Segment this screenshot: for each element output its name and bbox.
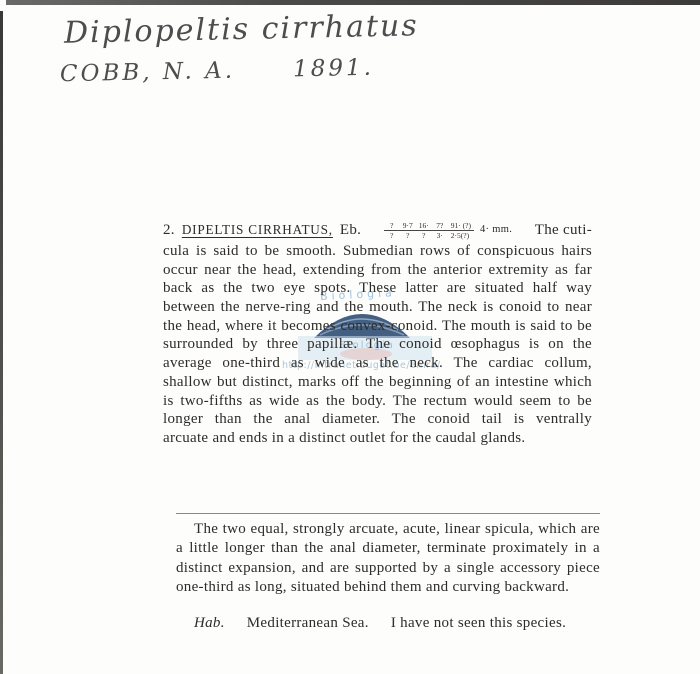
formula-cell: 3· <box>432 231 448 240</box>
formula-cell: ? <box>384 231 400 240</box>
formula-cell: 7? <box>432 221 448 231</box>
printed-description-block: 2. DIPELTIS CIRRHATUS, Eb. ? 9·7 16· 7? … <box>163 220 592 448</box>
cobb-measurement-formula: ? 9·7 16· 7? 91· (?) ? ? ? 3· 2·5(?) <box>384 221 474 240</box>
paragraph-line: shallow but distinct, marks off the begi… <box>163 373 592 392</box>
paragraph-line: between the nerve-ring and the mouth. Th… <box>163 298 592 317</box>
scan-edge-left <box>0 11 3 674</box>
formula-cell: ? <box>416 231 432 240</box>
paragraph-line: cula is said to be smooth. Submedian row… <box>163 242 592 261</box>
paragraph-line: longer than the anal diameter. The conoi… <box>163 410 592 429</box>
paragraph-line: back as the two eye spots. These latter … <box>163 279 592 298</box>
paragraph-line: The two equal, strongly arcuate, acute, … <box>176 520 600 539</box>
formula-cell: 16· <box>416 221 432 231</box>
paragraph-line: is two-fifths as wide as the body. The r… <box>163 392 592 411</box>
author-abbreviation: Eb. <box>340 221 361 240</box>
habitat-note: I have not seen this species. <box>391 614 566 633</box>
paragraph-line: occur near the head, extending from the … <box>163 261 592 280</box>
formula-cell: ? <box>400 231 416 240</box>
formula-cell: 9·7 <box>400 221 416 231</box>
formula-bottom-row: ? ? ? 3· 2·5(?) <box>384 231 474 240</box>
paragraph-line: surrounded by three papillæ. The conoid … <box>163 335 592 354</box>
species-heading-line: 2. DIPELTIS CIRRHATUS, Eb. ? 9·7 16· 7? … <box>163 220 592 240</box>
measurement-group: ? 9·7 16· 7? 91· (?) ? ? ? 3· 2·5(?) 4· … <box>384 221 512 240</box>
body-length-label: 4· mm. <box>480 221 512 240</box>
handwritten-year: 1891. <box>293 55 374 83</box>
paragraph-line: the head, where it becomes convex-conoid… <box>163 317 592 336</box>
paragraph-line: one-third as long, situated behind them … <box>176 578 600 597</box>
habitat-line: Hab. Mediterranean Sea. I have not seen … <box>176 614 600 633</box>
formula-cell: 2·5(?) <box>448 231 472 240</box>
paragraph-line: arcuate and ends in a distinct outlet fo… <box>163 429 592 448</box>
formula-cell: 91· (?) <box>448 221 474 231</box>
section-divider-rule <box>176 513 600 514</box>
paragraph-first-words: The cuti- <box>535 221 592 240</box>
heading-left: 2. DIPELTIS CIRRHATUS, Eb. <box>163 221 361 240</box>
formula-top-row: ? 9·7 16· 7? 91· (?) <box>384 221 474 231</box>
paragraph-line: a little longer than the anal diameter, … <box>176 539 600 558</box>
handwritten-author: COBB, N. A. <box>60 58 236 88</box>
scanned-document-page: Diplopeltis cirrhatus COBB, N. A. 1891. … <box>0 0 700 674</box>
formula-cell: ? <box>384 221 400 231</box>
scan-edge-top <box>6 0 700 5</box>
handwritten-species-title: Diplopeltis cirrhatus <box>64 8 419 50</box>
species-name: DIPELTIS CIRRHATUS, <box>182 221 333 240</box>
paragraph-line: average one-third as wide as the neck. T… <box>163 354 592 373</box>
paragraph-line: distinct expansion, and are supported by… <box>176 559 600 578</box>
habitat-label: Hab. <box>194 614 225 633</box>
habitat-place: Mediterranean Sea. <box>247 614 369 633</box>
handwritten-author-year: COBB, N. A. 1891. <box>60 55 374 88</box>
entry-number: 2. <box>163 221 175 240</box>
spicula-section: The two equal, strongly arcuate, acute, … <box>176 505 600 633</box>
